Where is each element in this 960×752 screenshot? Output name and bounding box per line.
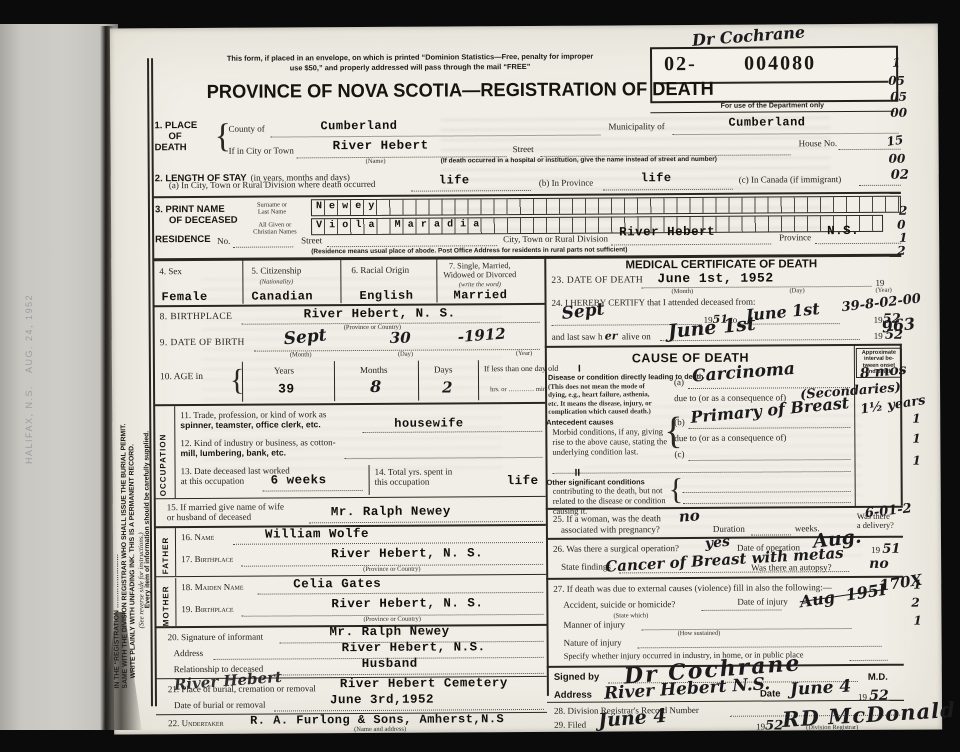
margin-note-963: 963: [881, 314, 916, 337]
cause-c-label: (c): [674, 449, 684, 459]
residence-caption: (Residence means usual place of abode. P…: [311, 246, 627, 255]
cause-due2: due to (or as a consequence of): [674, 432, 786, 443]
q25-value: no: [678, 506, 700, 526]
s2c-line: [859, 184, 901, 186]
racial-origin-label: 6. Racial Origin: [351, 265, 409, 275]
mother-vertical-label: MOTHER: [161, 582, 170, 626]
other-brace: {: [669, 473, 684, 507]
occupation-vertical-label: OCCUPATION: [158, 410, 168, 496]
margin-note: 00: [890, 106, 907, 120]
q26-findings-label: State findings: [561, 561, 611, 571]
margin-note: 15: [886, 133, 905, 149]
age-days-label: Days: [434, 364, 453, 374]
marital-label: 7. Single, Married, Widowed or Divorced …: [443, 261, 516, 288]
county-label: County of: [228, 124, 264, 134]
residence-no-label: No.: [217, 236, 230, 246]
s1-label: 1. PLACE OF DEATH: [154, 120, 197, 153]
q25-l1: 25. If a woman, was the death: [553, 513, 661, 524]
burial-date-line: [274, 708, 544, 712]
occ-14-label: 14. Total yrs. spent inthis occupation: [375, 466, 453, 486]
q25-duration: Duration: [713, 524, 745, 534]
r29-label: 29. Filed: [554, 720, 586, 730]
q27-nature-label: Nature of injury: [564, 637, 622, 647]
father-vertical-label: FATHER: [161, 532, 170, 574]
q27-accident-label: Accident, suicide or homicide?: [563, 599, 675, 610]
q26-yes: yes: [704, 534, 730, 552]
signed-date-label: Date: [760, 688, 781, 699]
r29-19: 1952: [756, 718, 783, 733]
burial-date-value: June 3rd,1952: [330, 693, 434, 708]
q27-manner-line: [642, 627, 852, 630]
residence-no-line: [233, 245, 293, 247]
q27-accident-line: [701, 608, 781, 610]
residence-street-label: Street: [301, 235, 322, 245]
occ-13-line: [263, 489, 363, 492]
dob-month-value: Sept: [283, 325, 328, 349]
margin-note: 0: [897, 218, 905, 232]
cause-box-top: [545, 344, 902, 349]
s2a-value: life: [439, 173, 470, 187]
q27-specify-line: [850, 659, 888, 661]
q26-19: 19 51: [871, 542, 900, 557]
column-divider: [544, 256, 548, 696]
antecedent-label: Antecedent causes: [546, 417, 613, 426]
cause-b-label: (b): [674, 417, 685, 427]
q27-manner-label: Manner of injury: [563, 619, 625, 629]
municipality-label: Municipality of: [608, 121, 664, 131]
signed-addr-label: Address: [554, 690, 592, 701]
q26-autopsy-value: no: [869, 556, 889, 572]
surname-label: Surname orLast Name: [257, 201, 287, 215]
dob-year-value: -1912: [457, 324, 506, 346]
burial-date-label: Date of burial or removal: [174, 700, 266, 711]
spouse-line: [309, 520, 543, 523]
residence-prov-label: Province: [779, 232, 811, 242]
cause-a-label: (a): [674, 377, 684, 387]
burial-label: 21. Place of burial, cremation or remova…: [168, 683, 316, 694]
occ-11-label: 11. Trade, profession, or kind of work a…: [180, 409, 326, 430]
occ-14-value: life: [507, 474, 539, 488]
stamp-date: AUG. 24, 1952: [24, 294, 34, 373]
undertaker-label: 22. Undertaker: [168, 718, 224, 728]
margin-note: 02: [891, 168, 909, 183]
undertaker-caption: (Name and address): [354, 726, 406, 733]
spouse-value: Mr. Ralph Newey: [331, 504, 451, 519]
r29-filed-date: June 4: [597, 705, 667, 732]
cause-bc-brace: {: [664, 409, 683, 453]
father-border: [175, 528, 176, 576]
residence-prov-value: N.S.: [827, 224, 859, 238]
informant-rel-value: Husband: [362, 657, 418, 671]
racial-origin-value: English: [359, 289, 413, 303]
margin-note: 1: [913, 614, 921, 628]
cell-border: [340, 259, 341, 303]
informant-addr-label: Address: [174, 648, 204, 658]
d23-day-cap: (Day): [789, 287, 804, 294]
age-years-label: Years: [274, 365, 294, 375]
age-years-value: 39: [278, 381, 295, 396]
given-label: All Given orChristian Names: [253, 221, 297, 235]
s3-label: 3. PRINT NAME OF DECEASED: [155, 204, 238, 227]
d23-month-cap: (Month): [671, 288, 693, 295]
q27-nature-line: [638, 645, 882, 648]
q27-how-sustained: (How sustained): [678, 630, 721, 637]
regbox-caption: For use of the Department only: [650, 102, 894, 113]
father-name-value: William Wolfe: [265, 527, 369, 542]
death-certificate-form: IN THE “REGISTRATION …………………… SAME WITH …: [110, 23, 942, 734]
registration-number: 004080: [744, 52, 816, 75]
marital-value: Married: [453, 288, 507, 302]
row-divider: [155, 496, 546, 500]
age-less-label: If less than one day old: [484, 364, 558, 373]
age-days-value: 2: [442, 378, 453, 396]
informant-rel-line: [278, 672, 544, 676]
d23-label: 23. DATE OF DEATH: [551, 275, 643, 286]
margin-note: 1: [912, 412, 920, 426]
occupation-border: [174, 406, 176, 498]
mother-bp-value: River Hebert, N. S.: [331, 596, 483, 611]
antecedent-text: Morbid conditions, if any, giving rise t…: [552, 427, 667, 458]
medical-title: MEDICAL CERTIFICATE OF DEATH: [551, 258, 891, 272]
birthplace-label: 8. BIRTHPLACE: [160, 312, 233, 322]
row-divider: [546, 576, 903, 580]
s2b-label: (b) In Province: [539, 178, 594, 188]
s2a-label: (a) In City, Town or Rural Division wher…: [169, 179, 376, 190]
stamp-city: HALIFAX, N.S.: [24, 385, 34, 464]
given-name-value: Viola Maradia: [316, 219, 486, 231]
sex-value: Female: [161, 290, 207, 304]
occ-1314-border: [369, 465, 370, 495]
dob-label: 9. DATE OF BIRTH: [160, 338, 245, 349]
registrar-caption: (Division Registrar): [806, 724, 858, 731]
informant-sig-value: Mr. Ralph Newey: [330, 624, 450, 639]
mother-bp-caption: (Province or Country): [363, 616, 420, 623]
scanned-death-certificate: { "scan": { "stamp_line1": "HALIFAX, N.S…: [0, 0, 960, 752]
citizenship-label: 5. Citizenship(Nationality): [251, 265, 301, 285]
q27-state-which: (State which): [613, 612, 648, 619]
cell-border: [436, 259, 437, 303]
surname-value: Newey: [316, 201, 382, 212]
c24-last-label: and last saw h er alive on: [552, 329, 651, 343]
occ-11-value: housewife: [394, 416, 463, 430]
margin-note: 2: [911, 596, 919, 610]
mother-bp-label: 19. Birthplace: [181, 604, 233, 614]
county-value: Cumberland: [320, 119, 397, 133]
dob-year-caption: (Year): [516, 350, 532, 357]
faint-stamp: HALIFAX, N.S. AUG. 24, 1952: [24, 244, 34, 464]
mother-name-label: 18. Maiden Name: [181, 582, 243, 592]
margin-note: 1: [892, 56, 900, 70]
s2c-label: (c) In Canada (if immigrant): [739, 174, 842, 185]
age-hrs-label: hrs. or ………… min.: [490, 386, 548, 393]
q26-label: 26. Was there a surgical operation?: [553, 543, 679, 554]
informant-addr-value: River Hebert, N.S.: [342, 640, 486, 655]
q25-l2: associated with pregnancy?: [561, 524, 660, 535]
q27-injury-label: Date of injury: [737, 596, 788, 606]
margin-note: 05: [888, 74, 905, 88]
margin-note: 1: [912, 432, 920, 446]
margin-note: 2: [897, 244, 905, 258]
occ-13-value: 6 weeks: [271, 473, 327, 487]
margin-note: 2: [899, 204, 907, 218]
d23-year-cap: (Year): [875, 287, 891, 294]
residence-prov-line: [815, 242, 901, 245]
city-label: If in City or Town: [229, 145, 294, 155]
other-text: contributing to the death, but not relat…: [553, 486, 666, 517]
occ-12-label: 12. Kind of industry or business, as cot…: [180, 437, 335, 458]
father-bp-caption: (Province or Country): [363, 566, 420, 573]
signed-date-value: June 4: [789, 676, 851, 700]
residence-city-label: City, Town or Rural Division: [503, 233, 608, 244]
birthplace-value: River Hebert, N. S.: [304, 306, 456, 321]
registration-prefix: 02-: [664, 53, 697, 76]
q26-autopsy-label: Was there an autopsy?: [751, 562, 832, 572]
mother-name-value: Celia Gates: [293, 577, 381, 592]
informant-label: 20. Signature of informant: [168, 632, 264, 643]
s2b-value: life: [641, 171, 672, 185]
dob-day-value: 30: [390, 329, 411, 347]
street-label: Street: [513, 144, 534, 154]
sex-label: 4. Sex: [159, 266, 182, 276]
q27-heading: 27. If death was due to external causes …: [553, 582, 831, 594]
d23-value: June 1st, 1952: [657, 270, 773, 286]
q25-margin: 6-01-2: [864, 501, 912, 521]
citizenship-value: Canadian: [251, 289, 313, 303]
mother-name-line: [257, 591, 543, 595]
age-months-label: Months: [360, 365, 388, 375]
age-months-value: 8: [370, 377, 381, 396]
father-bp-label: 17. Birthplace: [181, 554, 233, 564]
mother-border: [175, 578, 176, 626]
father-bp-value: River Hebert, N. S.: [331, 546, 483, 561]
cell-border: [242, 260, 243, 304]
residence-city-line: [611, 242, 771, 245]
spouse-label: 15. If married give name of wifeor husba…: [167, 501, 284, 522]
margin-note: 00: [889, 152, 906, 166]
municipality-value: Cumberland: [728, 115, 805, 129]
margin-note: 1: [899, 231, 907, 245]
q25-duration-line: [751, 533, 791, 535]
signed-by-label: Signed by: [554, 672, 599, 683]
md-label: M.D.: [868, 672, 888, 683]
surname-grid: Newey: [311, 196, 901, 217]
residence-city-value: River Hebert: [619, 225, 715, 240]
c24-from-value: Sept: [561, 299, 606, 324]
house-no-label: House No.: [799, 138, 838, 148]
age-label: 10. AGE in: [160, 372, 203, 382]
margin-note: 1: [913, 578, 921, 592]
city-value: River Hebert: [333, 139, 429, 154]
father-name-label: 16. Name: [181, 532, 214, 542]
burial-place-value: River Hebert Cemetery: [340, 676, 508, 691]
mailer-line-2: use $50,” and properly addressed will pa…: [170, 61, 650, 73]
city-caption: (Name): [366, 158, 386, 165]
c24-to-value: June 1st: [745, 299, 821, 325]
margin-note: 05: [890, 90, 907, 104]
form-title: PROVINCE OF NOVA SCOTIA—REGISTRATION OF …: [172, 79, 748, 105]
margin-note: 1: [912, 454, 920, 468]
dob-month-caption: (Month): [290, 351, 312, 358]
residence-label: RESIDENCE: [155, 234, 211, 245]
dob-day-caption: (Day): [398, 351, 413, 358]
